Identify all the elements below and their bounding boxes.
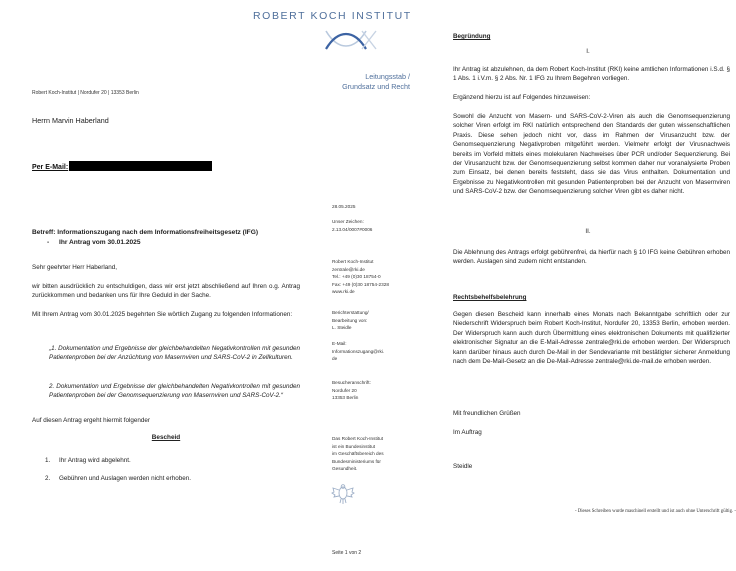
decision-intro: Auf diesen Antrag ergeht hiermit folgend… (32, 416, 300, 425)
legal-remedy-text: Gegen diesen Bescheid kann innerhalb ein… (453, 310, 730, 366)
ministry-note: Das Robert Koch-Institut ist ein Bundesi… (332, 435, 430, 473)
rki-logo-icon (320, 25, 380, 55)
letter-page-1: ROBERT KOCH INSTITUT Leitungsstab / Grun… (0, 0, 440, 571)
visitor-street: Nordufer 20 (332, 387, 430, 395)
ministry-note-line: ist ein Bundesinstitut (332, 443, 430, 451)
apology-paragraph: wir bitten ausdrücklich zu entschuldigen… (32, 282, 300, 301)
handled-by-label-2: Bearbeitung von: (332, 317, 430, 325)
subject-line-2-text: Ihr Antrag vom 30.01.2025 (59, 239, 140, 246)
section-numeral-2: II. (440, 228, 736, 235)
request-quote-2: 2. Dokumentation und Ergebnisse der glei… (32, 382, 300, 401)
reasoning-paragraph-1: Ihr Antrag ist abzulehnen, da dem Robert… (453, 65, 730, 84)
department: Leitungsstab / Grundsatz und Recht (300, 72, 410, 92)
subject-bullet: - (47, 238, 59, 248)
handled-by-label-1: Berichterstattung/ (332, 309, 430, 317)
delivery-method: Per E-Mail: (32, 161, 212, 171)
visitor-address-label: Besucheranschrift: (332, 379, 430, 387)
visitor-city: 13353 Berlin (332, 394, 430, 402)
signature-name: Steidle (453, 462, 730, 471)
subject: Betreff: Informationszugang nach dem Inf… (32, 228, 258, 247)
email-label: E-Mail: (332, 340, 430, 348)
contact-block: Robert Koch-Institut zentrale@rki.de Tel… (332, 258, 430, 296)
department-line-2: Grundsatz und Recht (300, 82, 410, 92)
institute-name: ROBERT KOCH INSTITUT (253, 10, 412, 22)
decision-item-number: 2. (45, 475, 59, 482)
visitor-address-block: Besucheranschrift: Nordufer 20 13353 Ber… (332, 379, 430, 402)
closing-on-behalf: Im Auftrag (453, 428, 730, 437)
decision-item: 2.Gebühren und Auslagen werden nicht erh… (45, 475, 191, 482)
ministry-note-line: im Geschäftsbereich des (332, 450, 430, 458)
ministry-note-line: Bundesministeriums für (332, 458, 430, 466)
sender-address-line: Robert Koch-Institut | Nordufer 20 | 133… (32, 90, 139, 96)
ministry-note-line: Gesundheit. (332, 465, 430, 473)
subject-line-1: Betreff: Informationszugang nach dem Inf… (32, 228, 258, 238)
legal-remedy-title: Rechtsbehelfsbelehrung (453, 294, 526, 301)
reasoning-title: Begründung (453, 33, 490, 40)
closing-greeting: Mit freundlichen Grüßen (453, 409, 730, 418)
letter-date: 28.05.2025 (332, 203, 430, 211)
contact-line: Robert Koch-Institut (332, 258, 430, 266)
decision-item: 1.Ihr Antrag wird abgelehnt. (45, 457, 131, 464)
handled-by-name: L. Steidle (332, 324, 430, 332)
email-address-part-2[interactable]: de (332, 355, 430, 363)
department-line-1: Leitungsstab / (300, 72, 410, 82)
request-intro-paragraph: Mit Ihrem Antrag vom 30.01.2025 begehrte… (32, 310, 300, 319)
federal-eagle-icon (331, 482, 355, 506)
contact-website[interactable]: www.rki.de (332, 288, 430, 296)
reference-label: Unser Zeichen: (332, 218, 430, 226)
decision-item-text: Gebühren und Auslagen werden nicht erhob… (59, 475, 191, 482)
decision-item-text: Ihr Antrag wird abgelehnt. (59, 457, 131, 464)
recipient-name: Herrn Marvin Haberland (32, 116, 109, 125)
reasoning-paragraph-3: Sowohl die Anzucht von Masern- und SARS-… (453, 112, 730, 197)
request-quote-1: „1. Dokumentation und Ergebnisse der gle… (32, 344, 300, 363)
ministry-note-line: Das Robert Koch-Institut (332, 435, 430, 443)
salutation: Sehr geehrter Herr Haberland, (32, 263, 300, 272)
reference-block: Unser Zeichen: 2.13.04/0007#0006 (332, 218, 430, 233)
delivery-label: Per E-Mail: (32, 164, 68, 171)
page-number: Seite 1 von 2 (332, 550, 361, 556)
reasoning-paragraph-2: Ergänzend hierzu ist auf Folgendes hinzu… (453, 93, 730, 102)
email-block: E-Mail: Informationszugang@rki. de (332, 340, 430, 363)
section-numeral-1: I. (440, 48, 736, 55)
contact-fax: Fax: +49 (0)30 18754-2328 (332, 281, 430, 289)
decision-title: Bescheid (32, 434, 300, 441)
contact-email[interactable]: zentrale@rki.de (332, 266, 430, 274)
email-address-part-1[interactable]: Informationszugang@rki. (332, 348, 430, 356)
reference-value: 2.13.04/0007#0006 (332, 226, 430, 234)
redacted-email (69, 161, 212, 171)
reasoning-paragraph-4: Die Ablehnung des Antrags erfolgt gebühr… (453, 248, 730, 267)
letter-page-2: Begründung I. Ihr Antrag ist abzulehnen,… (440, 0, 736, 571)
decision-item-number: 1. (45, 457, 59, 464)
contact-phone: Tel.: +49 (0)30 18754-0 (332, 273, 430, 281)
machine-generated-note: - Dieses Schreiben wurde maschinell erst… (480, 509, 736, 514)
handled-by-block: Berichterstattung/ Bearbeitung von: L. S… (332, 309, 430, 332)
subject-line-2: -Ihr Antrag vom 30.01.2025 (32, 238, 258, 248)
